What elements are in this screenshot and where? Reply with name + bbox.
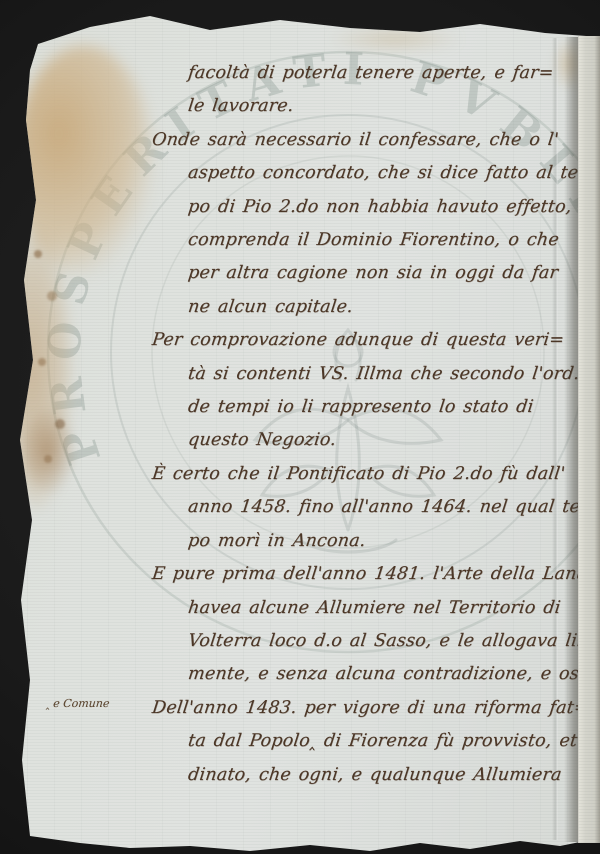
manuscript-line: questo Negozio. <box>186 424 594 457</box>
manuscript-line: dinato, che ogni, e qualunque Allumiera <box>186 759 594 792</box>
lower-left-stain <box>24 408 76 494</box>
paper-sheet: PROSPERITATI PVBLICAE facoltà di poterla… <box>0 0 600 854</box>
manuscript-paragraph: È certo che il Pontificato di Pio 2.do f… <box>186 458 590 558</box>
manuscript-paragraph: E pure prima dell'anno 1481. l'Arte dell… <box>186 558 590 692</box>
manuscript-line: comprenda il Dominio Fiorentino, o che <box>186 224 594 257</box>
manuscript-line: po morì in Ancona. <box>186 525 594 558</box>
manuscript-paragraph: facoltà di poterla tenere aperte, e far=… <box>186 57 590 124</box>
manuscript-line: de tempi io li rappresento lo stato di <box>186 391 594 424</box>
manuscript-line: Volterra loco d.o al Sasso, e le allogav… <box>186 625 594 658</box>
page-seam-shadow <box>564 37 578 842</box>
stain-specks <box>34 250 42 258</box>
manuscript-line: E pure prima dell'anno 1481. l'Arte dell… <box>150 558 594 591</box>
manuscript-paragraph: Dell'anno 1483. per vigore di una riform… <box>186 692 590 792</box>
manuscript-paragraph: Onde sarà necessario il confessare, che … <box>186 124 590 324</box>
manuscript-line: anno 1458. fino all'anno 1464. nel qual … <box>186 491 594 524</box>
manuscript-line: ta dal Popolo‸ di Fiorenza fù provvisto,… <box>186 725 594 758</box>
manuscript-line: aspetto concordato, che si dice fatto al… <box>186 157 594 190</box>
manuscript-line: per altra cagione non sia in oggi da far <box>186 257 594 290</box>
manuscript-line: havea alcune Allumiere nel Territorio di <box>186 592 594 625</box>
manuscript-text: facoltà di poterla tenere aperte, e far=… <box>186 57 590 792</box>
corner-stain <box>14 46 154 276</box>
manuscript-line: Onde sarà necessario il confessare, che … <box>150 124 594 157</box>
manuscript-line: le lavorare. <box>186 90 594 123</box>
manuscript-line: Dell'anno 1483. per vigore di una riform… <box>150 692 594 725</box>
manuscript-line: mente, e senza alcuna contradizione, e o… <box>186 658 594 691</box>
manuscript-line: È certo che il Pontificato di Pio 2.do f… <box>150 458 594 491</box>
manuscript-line: ne alcun capitale. <box>186 291 594 324</box>
manuscript-paragraph: Per comprovazione adunque di questa veri… <box>186 324 590 458</box>
manuscript-line: tà si contenti VS. Illma che secondo l'o… <box>186 358 594 391</box>
manuscript-line: facoltà di poterla tenere aperte, e far= <box>186 57 594 90</box>
scanned-manuscript-page: PROSPERITATI PVBLICAE facoltà di poterla… <box>0 0 600 854</box>
manuscript-line: po di Pio 2.do non habbia havuto effetto… <box>186 191 594 224</box>
margin-note: ‸ e Comune <box>45 697 110 710</box>
adjacent-page-edge <box>578 36 600 843</box>
manuscript-line: Per comprovazione adunque di questa veri… <box>150 324 594 357</box>
